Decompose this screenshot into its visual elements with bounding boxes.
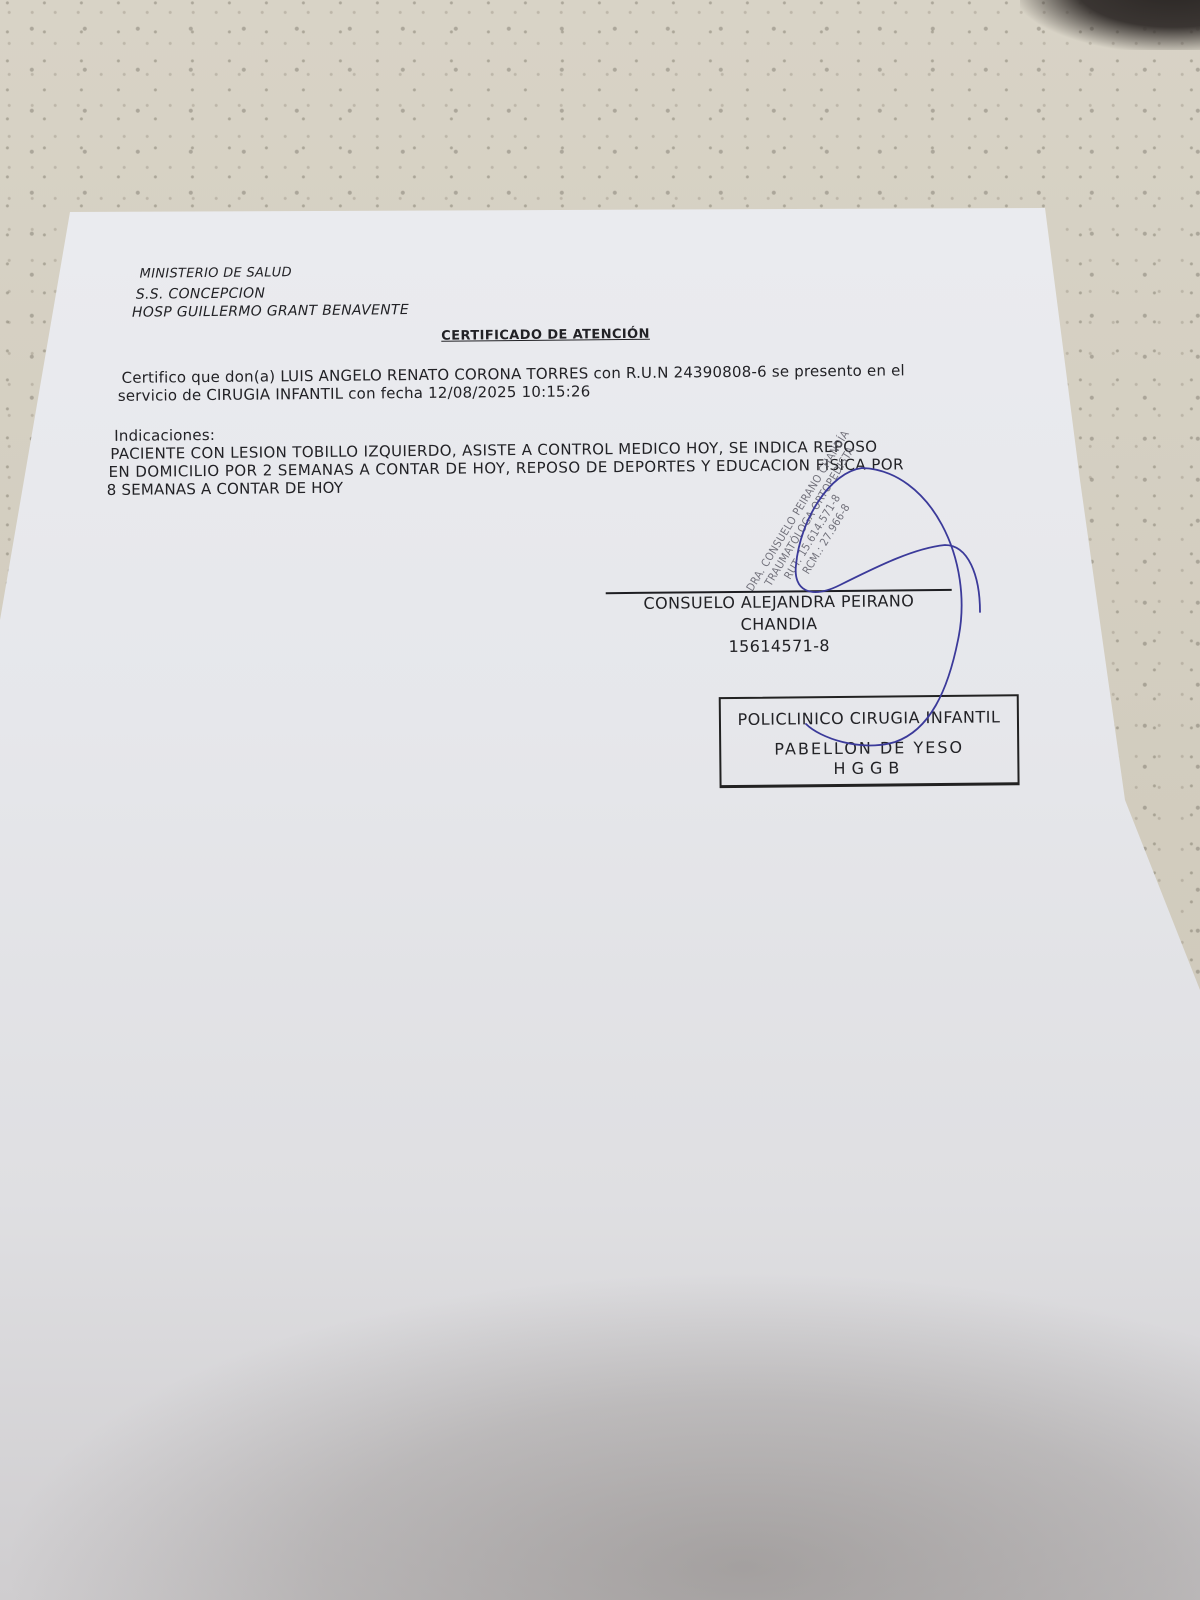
handwritten-signature — [0, 0, 1200, 1600]
